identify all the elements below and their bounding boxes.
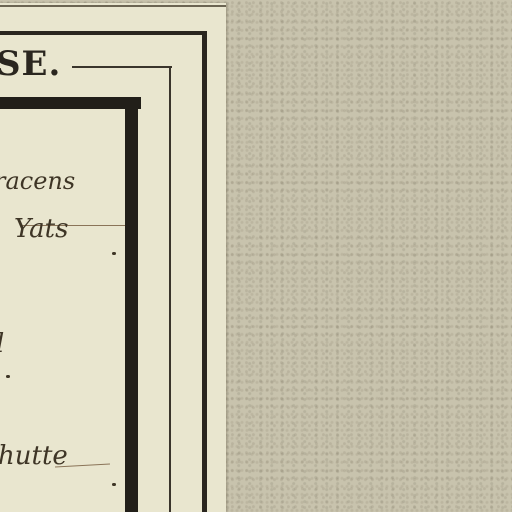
outer-border-right xyxy=(202,31,207,512)
ink-mark xyxy=(112,483,116,486)
handwritten-entry-1: racens xyxy=(0,169,75,193)
handwritten-entry-3: l xyxy=(0,331,4,357)
printed-heading: SE. xyxy=(0,47,61,81)
printed-label: SE. racens Yats l hutte xyxy=(0,3,226,512)
middle-border-top xyxy=(72,66,172,68)
handwritten-entry-2: Yats xyxy=(14,216,68,242)
outer-border-top xyxy=(0,31,207,35)
handwritten-entry-4: hutte xyxy=(0,443,68,469)
ink-mark xyxy=(6,375,10,378)
label-top-edge-line xyxy=(0,5,226,7)
ink-mark xyxy=(112,252,116,255)
inner-border-right xyxy=(125,97,138,512)
middle-border-right xyxy=(169,66,171,512)
inner-border-top xyxy=(0,97,141,109)
